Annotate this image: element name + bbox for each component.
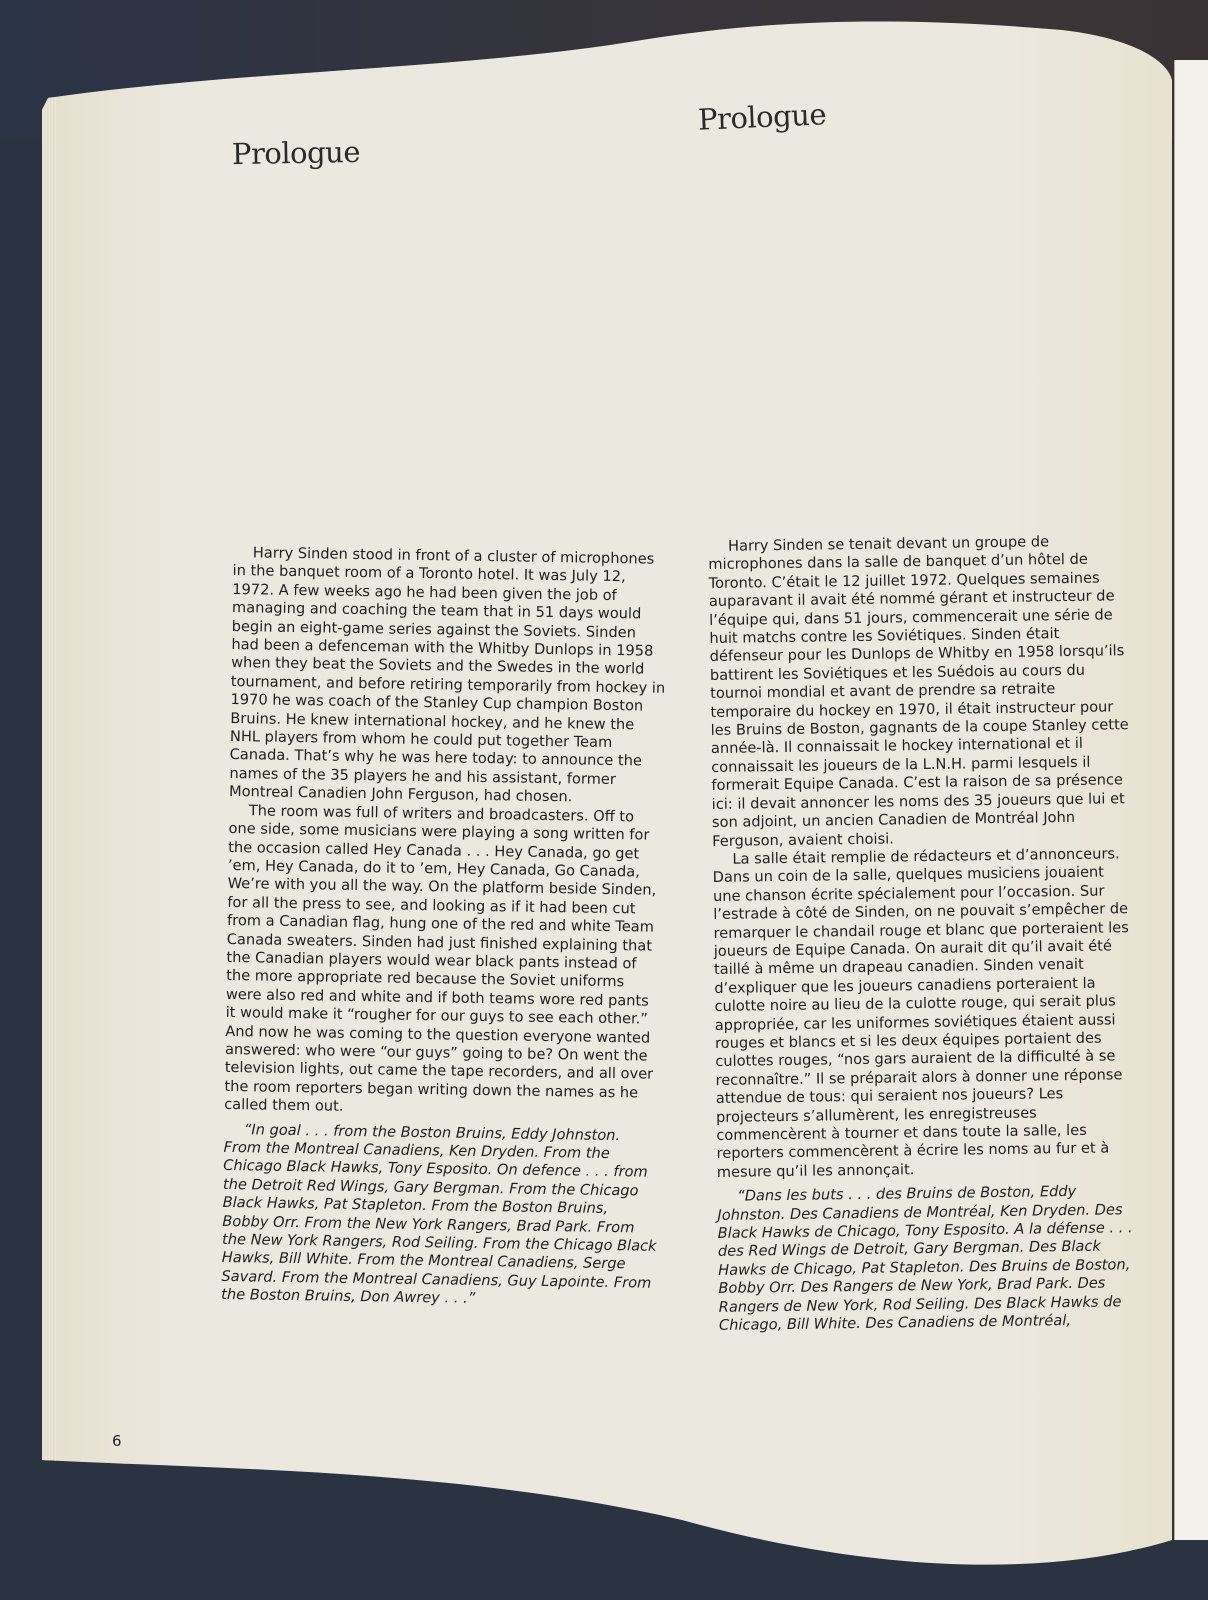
- paragraph: Harry Sinden stood in front of a cluster…: [229, 544, 669, 809]
- page-number: 6: [112, 1432, 122, 1450]
- left-page-title: Prologue: [232, 135, 361, 171]
- page-stack-edges: [42, 90, 56, 1470]
- player-list-quote: “Dans les buts . . . des Bruins de Bosto…: [717, 1182, 1139, 1335]
- paragraph: La salle était remplie de rédacteurs et …: [712, 845, 1137, 1182]
- right-column-french: Harry Sinden se tenait devant un groupe …: [708, 532, 1139, 1335]
- next-page-edge: [1174, 60, 1208, 1540]
- right-page-title: Prologue: [697, 97, 826, 137]
- left-column-english: Harry Sinden stood in front of a cluster…: [221, 544, 669, 1311]
- player-list-quote: “In goal . . . from the Boston Bruins, E…: [221, 1121, 660, 1312]
- paragraph: Harry Sinden se tenait devant un groupe …: [708, 532, 1132, 851]
- paragraph: The room was full of writers and broadca…: [224, 802, 665, 1122]
